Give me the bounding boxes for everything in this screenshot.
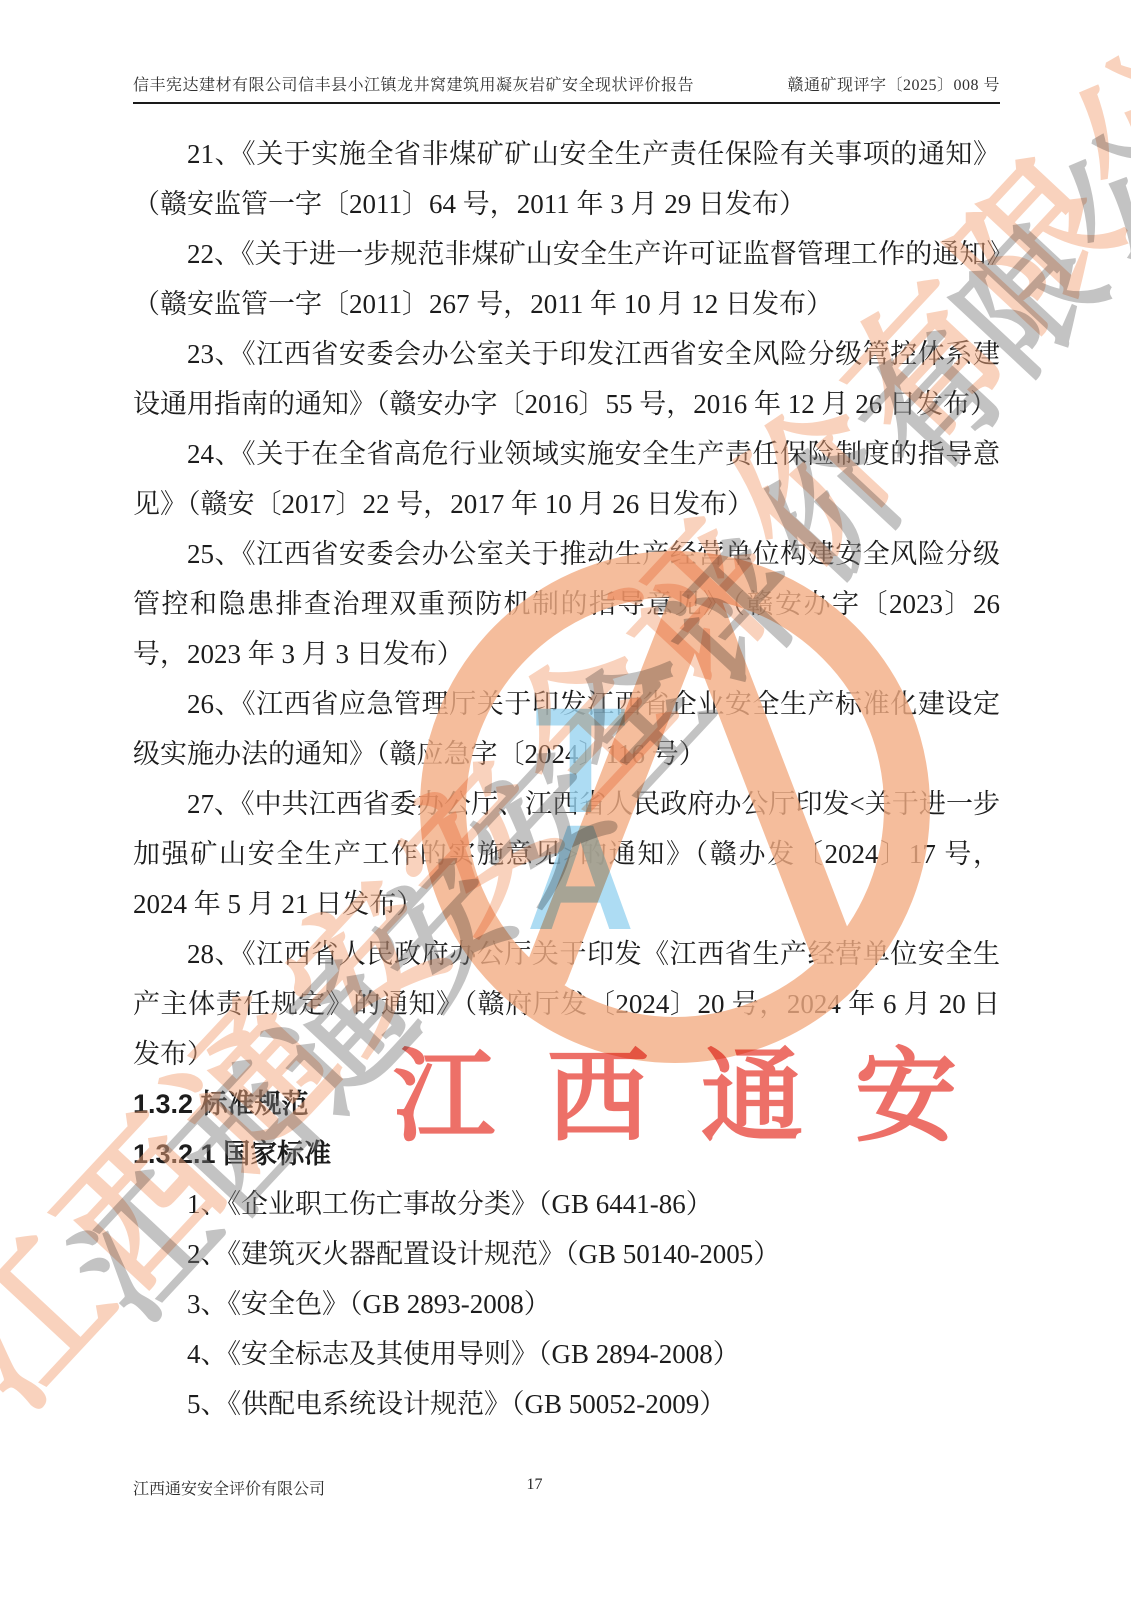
legal-reference-item-26: 26、《江西省应急管理厅关于印发江西省企业安全生产标准化建设定级实施办法的通知》… <box>133 679 1000 779</box>
standard-item-3: 3、《安全色》（GB 2893-2008） <box>133 1279 1000 1329</box>
page-number: 17 <box>133 1476 936 1494</box>
legal-reference-item-24: 24、《关于在全省高危行业领域实施安全生产责任保险制度的指导意见》（赣安〔201… <box>133 429 1000 529</box>
legal-reference-item-28: 28、《江西省人民政府办公厅关于印发《江西省生产经营单位安全生产主体责任规定》的… <box>133 929 1000 1079</box>
legal-reference-item-22: 22、《关于进一步规范非煤矿山安全生产许可证监督管理工作的通知》（赣安监管一字〔… <box>133 229 1000 329</box>
legal-reference-item-21: 21、《关于实施全省非煤矿矿山安全生产责任保险有关事项的通知》（赣安监管一字〔2… <box>133 129 1000 229</box>
section-heading-standards: 1.3.2 标准规范 <box>133 1079 1000 1129</box>
standard-item-1: 1、《企业职工伤亡事故分类》（GB 6441-86） <box>133 1179 1000 1229</box>
document-body: 21、《关于实施全省非煤矿矿山安全生产责任保险有关事项的通知》（赣安监管一字〔2… <box>133 129 1000 1429</box>
legal-reference-item-23: 23、《江西省安委会办公室关于印发江西省安全风险分级管控体系建设通用指南的通知》… <box>133 329 1000 429</box>
header-document-code: 赣通矿现评字〔2025〕008 号 <box>787 72 1000 95</box>
standard-item-2: 2、《建筑灭火器配置设计规范》（GB 50140-2005） <box>133 1229 1000 1279</box>
section-heading-national-standards: 1.3.2.1 国家标准 <box>133 1129 1000 1179</box>
header-report-title: 信丰宪达建材有限公司信丰县小江镇龙井窝建筑用凝灰岩矿安全现状评价报告 <box>133 72 694 95</box>
page-header: 信丰宪达建材有限公司信丰县小江镇龙井窝建筑用凝灰岩矿安全现状评价报告 赣通矿现评… <box>133 72 1000 104</box>
standard-item-4: 4、《安全标志及其使用导则》（GB 2894-2008） <box>133 1329 1000 1379</box>
document-page: 信丰宪达建材有限公司信丰县小江镇龙井窝建筑用凝灰岩矿安全现状评价报告 赣通矿现评… <box>0 0 1131 1600</box>
standard-item-5: 5、《供配电系统设计规范》（GB 50052-2009） <box>133 1379 1000 1429</box>
legal-reference-item-25: 25、《江西省安委会办公室关于推动生产经营单位构建安全风险分级管控和隐患排查治理… <box>133 529 1000 679</box>
legal-reference-item-27: 27、《中共江西省委办公厅、江西省人民政府办公厅印发<关于进一步加强矿山安全生产… <box>133 779 1000 929</box>
